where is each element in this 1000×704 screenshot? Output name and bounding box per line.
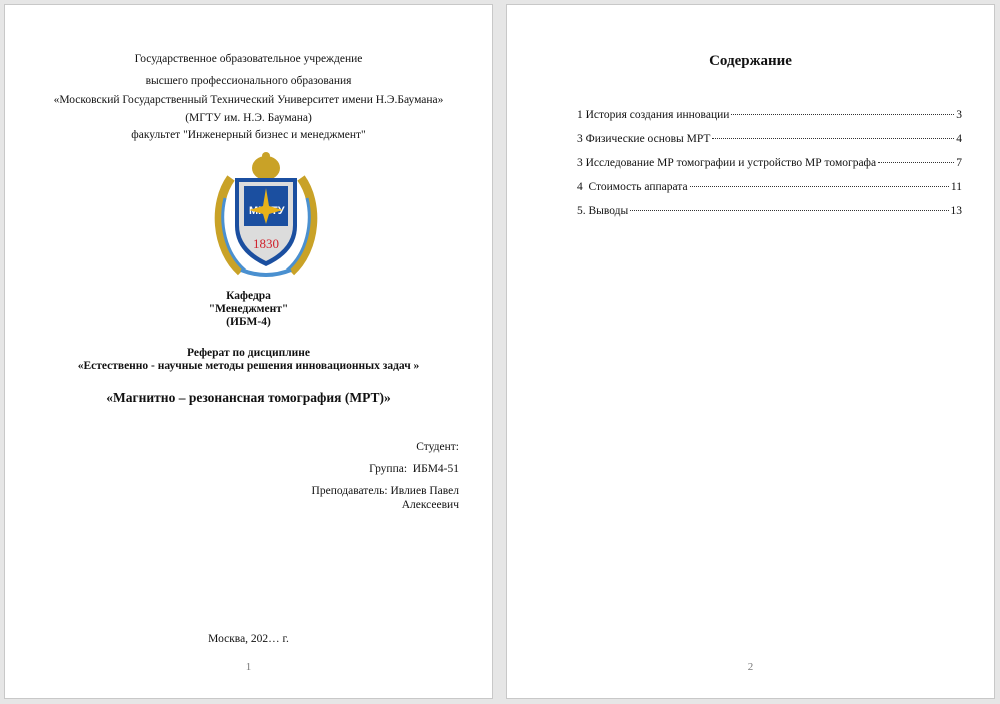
department-label: Кафедра — [5, 290, 492, 302]
report-topic: «Магнитно – резонансная томография (МРТ)… — [5, 390, 492, 406]
toc-entry[interactable]: 3 Исследование МР томографии и устройств… — [577, 157, 962, 169]
header-line-5: факультет "Инженерный бизнес и менеджмен… — [5, 129, 492, 141]
page-number: 1 — [5, 661, 492, 673]
group-label: Группа: ИБМ4-51 — [369, 463, 459, 475]
discipline-label: Реферат по дисциплине — [5, 347, 492, 359]
header-line-2: высшего профессионального образования — [5, 75, 492, 87]
city-year: Москва, 202… г. — [5, 633, 492, 645]
bmstu-emblem-icon: МГ ТУ 1830 — [211, 148, 321, 282]
page-number: 2 — [507, 661, 994, 673]
header-line-1: Государственное образовательное учрежден… — [5, 53, 492, 65]
teacher-label: Преподаватель: Ивлиев Павел — [312, 485, 459, 497]
toc-entry[interactable]: 3 Физические основы МРТ4 — [577, 133, 962, 145]
department-name: "Менеджмент" — [5, 303, 492, 315]
student-label: Студент: — [416, 441, 459, 453]
document-page-1: Государственное образовательное учрежден… — [4, 4, 493, 699]
header-line-3: «Московский Государственный Технический … — [5, 94, 492, 106]
toc-entry[interactable]: 5. Выводы13 — [577, 205, 962, 217]
toc-title: Содержание — [507, 53, 994, 70]
header-line-4: (МГТУ им. Н.Э. Баумана) — [5, 112, 492, 124]
teacher-name-cont: Алексеевич — [402, 499, 459, 511]
discipline-name: «Естественно - научные методы решения ин… — [5, 360, 492, 372]
document-page-2: Содержание 1 История создания инновации3… — [506, 4, 995, 699]
toc-entry[interactable]: 1 История создания инновации3 — [577, 109, 962, 121]
toc-entry[interactable]: 4 Стоимость аппарата11 — [577, 181, 962, 193]
department-code: (ИБМ-4) — [5, 316, 492, 328]
svg-text:1830: 1830 — [253, 236, 279, 251]
